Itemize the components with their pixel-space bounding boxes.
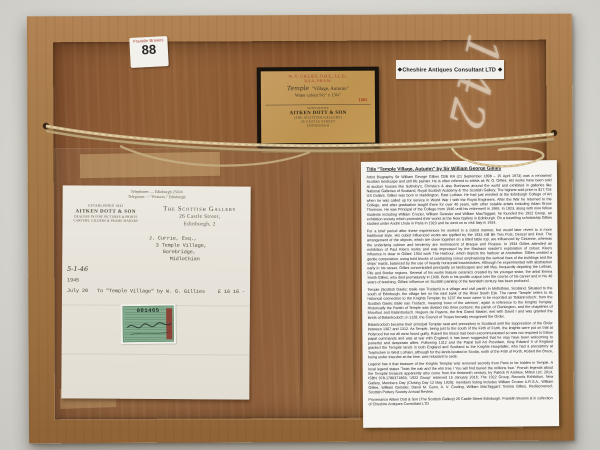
invoice-amount: £ 16 16 - [209,289,245,295]
provenance-paragraphs: Artist Biography Sir William George Gill… [366,173,553,394]
divider [265,104,370,105]
handwritten-title-prefix: Temple [287,85,309,92]
provenance-title: Title "Temple Village, Autumn" by Sir Wi… [366,165,551,172]
stock-number: 1005 [264,97,371,103]
invoice-item: To "Temple Village" by W. G. Gillies [97,289,209,295]
paper-fold [62,353,250,355]
artwork-title: "Village, Autumn" [312,86,349,92]
invoice-date: July 20 [67,288,97,294]
invoice-telegram-line: Telegrams — "Pictures," Edinburgh [63,194,251,201]
provenance-label: Title "Temple Village, Autumn" by Sir Wi… [361,160,559,428]
auction-lot-sticker: Franklin Browns 88 [129,36,169,68]
firm-description-2: CARVERS, GILDERS & FRAME MAKERS [62,219,149,224]
gallery-city: Edinburgh, 2 [149,220,251,228]
artist-honours-line: R.S.A., P.R.S.W. [264,78,371,83]
receipt-stamp: 001465 [121,304,176,345]
handwritten-date: 5-1-46 [67,265,88,273]
addressee-block: J. Currie, Esq.,3 Temple Village,Gorebri… [149,236,251,264]
masking-tape [80,152,220,178]
lot-number: 88 [130,42,169,58]
invoice-year: 1945 [67,278,79,284]
photo-of-frame-back: 142 Franklin Browns 88 ❖Cheshire Antique… [0,0,600,450]
dealer-city: EDINBURGH [265,123,372,128]
stamp-signature [123,306,174,342]
invoice-document: Telephones — Edinburgh 25024 Telegrams —… [61,185,250,399]
gallery-card: W. G. GILLIES, O.B.E., LL.D., R.S.A., P.… [257,67,380,148]
consultant-label-text: ❖Cheshire Antiques Consultant LTD ❖ [397,66,502,73]
provenance-line: Provenance Aitken Dott & Son (The Scotti… [368,396,553,407]
gallery-name: The Scottish Gallery [149,204,251,214]
consultant-label: ❖Cheshire Antiques Consultant LTD ❖ [396,60,504,79]
